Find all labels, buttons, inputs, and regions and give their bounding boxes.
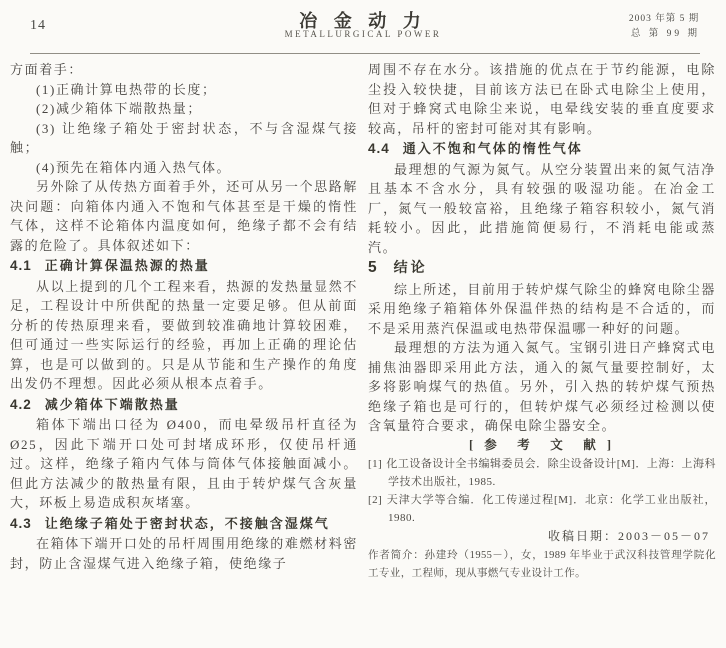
- section-number: 5: [368, 259, 378, 276]
- references-heading: [ 参 考 文 献 ]: [368, 436, 716, 456]
- section-number: 4.2: [10, 397, 32, 412]
- section-title: 结论: [394, 261, 428, 276]
- paragraph: 箱体下端出口径为 Ø400，而电晕级吊杆直径为 Ø25，因此下端开口处可封堵成环…: [10, 415, 358, 513]
- received-date: 收稿日期：2003－05－07: [368, 527, 716, 547]
- author-bio: 作者简介：孙建玲（1955－），女，1989 年毕业于武汉科技管理学院化工专业，…: [368, 547, 716, 584]
- issue-year-number: 2003 年第 5 期: [629, 12, 700, 27]
- paragraph: 从以上提到的几个工程来看，热源的发热量显然不足，工程设计中所供配的热量一定要足够…: [10, 277, 358, 394]
- section-number: 4.3: [10, 516, 32, 531]
- paragraph: 综上所述，目前用于转炉煤气除尘的蜂窝电除尘器采用绝缘子箱箱体外保温伴热的结构是不…: [368, 280, 716, 339]
- section-heading: 5结论: [368, 258, 716, 279]
- section-heading: 4.3让绝缘子箱处于密封状态，不接触含湿煤气: [10, 514, 358, 534]
- section-title: 减少箱体下端散热量: [45, 397, 180, 412]
- list-item: (3) 让绝缘子箱处于密封状态，不与含湿煤气接触；: [10, 119, 358, 158]
- section-heading: 4.2减少箱体下端散热量: [10, 395, 358, 415]
- list-item: (1)正确计算电热带的长度；: [10, 80, 358, 100]
- reference-marker: [1]: [368, 458, 382, 470]
- list-item: (4)预先在箱体内通入热气体。: [10, 158, 358, 178]
- left-column: 方面着手：(1)正确计算电热带的长度；(2)减少箱体下端散热量；(3) 让绝缘子…: [10, 60, 358, 573]
- scanned-paper-page: 14 冶 金 动 力 METALLURGICAL POWER 2003 年第 5…: [0, 0, 726, 648]
- paragraph-continuation: 周围不存在水分。该措施的优点在于节约能源，电除尘投入较快捷，目前该方法已在卧式电…: [368, 60, 716, 138]
- paragraph-continuation: 方面着手：: [10, 60, 358, 80]
- paragraph: 最理想的气源为氮气。从空分装置出来的氮气洁净且基本不含水分，具有较强的吸湿功能。…: [368, 160, 716, 258]
- issue-info: 2003 年第 5 期 总 第 99 期: [629, 12, 700, 41]
- paragraph: 另外除了从传热方面着手外，还可从另一个思路解决问题：向箱体内通入不饱和气体甚至是…: [10, 177, 358, 255]
- header-rule-thick: [30, 46, 700, 51]
- reference-item: [2]天津大学等合编．化工传递过程[M]．北京：化学工业出版社，1980.: [368, 491, 716, 527]
- list-item: (2)减少箱体下端散热量；: [10, 99, 358, 119]
- section-number: 4.1: [10, 258, 32, 273]
- paragraph: 在箱体下端开口处的吊杆周围用绝缘的难燃材料密封，防止含湿煤气进入绝缘子箱，使绝缘…: [10, 534, 358, 573]
- reference-item: [1]化工设备设计全书编辑委员会．除尘设备设计[M]．上海：上海科学技术出版社，…: [368, 455, 716, 491]
- reference-marker: [2]: [368, 494, 382, 506]
- journal-title-english: METALLURGICAL POWER: [0, 29, 726, 39]
- section-title: 让绝缘子箱处于密封状态，不接触含湿煤气: [45, 516, 330, 531]
- section-heading: 4.4通入不饱和气体的惰性气体: [368, 139, 716, 159]
- section-heading: 4.1正确计算保温热源的热量: [10, 256, 358, 276]
- header-rule-thin: [30, 53, 700, 54]
- section-title: 通入不饱和气体的惰性气体: [403, 141, 583, 156]
- paragraph: 最理想的方法为通入氮气。宝钢引进日产蜂窝式电捕焦油器即采用此方法，通入的氮气量要…: [368, 338, 716, 436]
- right-column: 周围不存在水分。该措施的优点在于节约能源，电除尘投入较快捷，目前该方法已在卧式电…: [368, 60, 716, 584]
- issue-total-number: 总 第 99 期: [629, 27, 700, 42]
- section-number: 4.4: [368, 141, 390, 156]
- section-title: 正确计算保温热源的热量: [45, 258, 210, 273]
